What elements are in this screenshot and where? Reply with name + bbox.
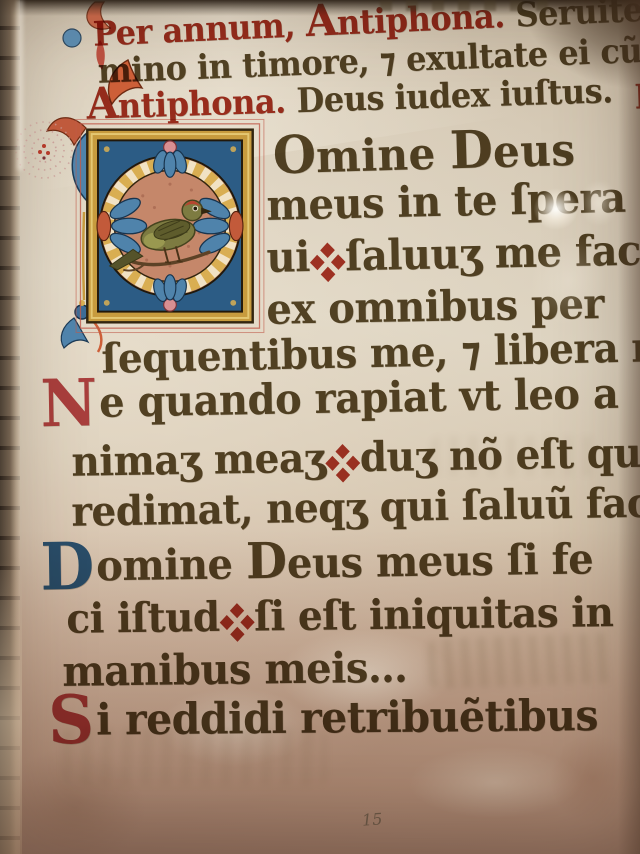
cropped-text-top-edge	[380, 0, 555, 11]
versal-d: D	[40, 528, 95, 605]
verse2-line-3: redimat, neqʒ qui ſaluũ faciat.	[71, 478, 640, 536]
rubric-antiphona-2: Antiphona.	[86, 81, 286, 128]
folio-number: 15	[361, 809, 383, 829]
diamond-punctuation: ◆	[320, 249, 335, 273]
verse3-line-1: DomineDeus meus ſi fe	[40, 528, 594, 593]
lamp-reflection-ghost	[572, 170, 626, 236]
verse3-line-3: manibus meis…	[62, 643, 408, 697]
verse4-line-1: Si reddidi retribuẽtibus	[48, 690, 598, 745]
verse2-line-1: Ne quando rapiat vt leo a	[40, 369, 619, 428]
frame-left-fade	[0, 560, 22, 854]
cadel-o: O	[272, 123, 317, 186]
shadow-top-right-corner	[430, 0, 640, 170]
verse3-line-2: ci iſtud◆ſi eſt iniquitas in	[66, 588, 614, 643]
diamond-punctuation: ◆	[335, 451, 349, 474]
diamond-punctuation: ◆	[230, 610, 244, 633]
versal-s: S	[48, 680, 95, 759]
framed-manuscript-photo: Per annum,Antiphona.Seruite Do mino in t…	[0, 0, 640, 854]
frame-right-edge	[618, 0, 640, 854]
verso-showthrough-text	[427, 633, 614, 689]
glass-edge-glint	[17, 0, 23, 170]
illuminated-initial-bird-medallion	[74, 118, 266, 334]
verse2-line-2: nimaʒ meaʒ◆duʒ nõ eſt qui	[71, 429, 640, 486]
versal-n: N	[40, 364, 98, 442]
cadel-d: D	[246, 533, 288, 591]
